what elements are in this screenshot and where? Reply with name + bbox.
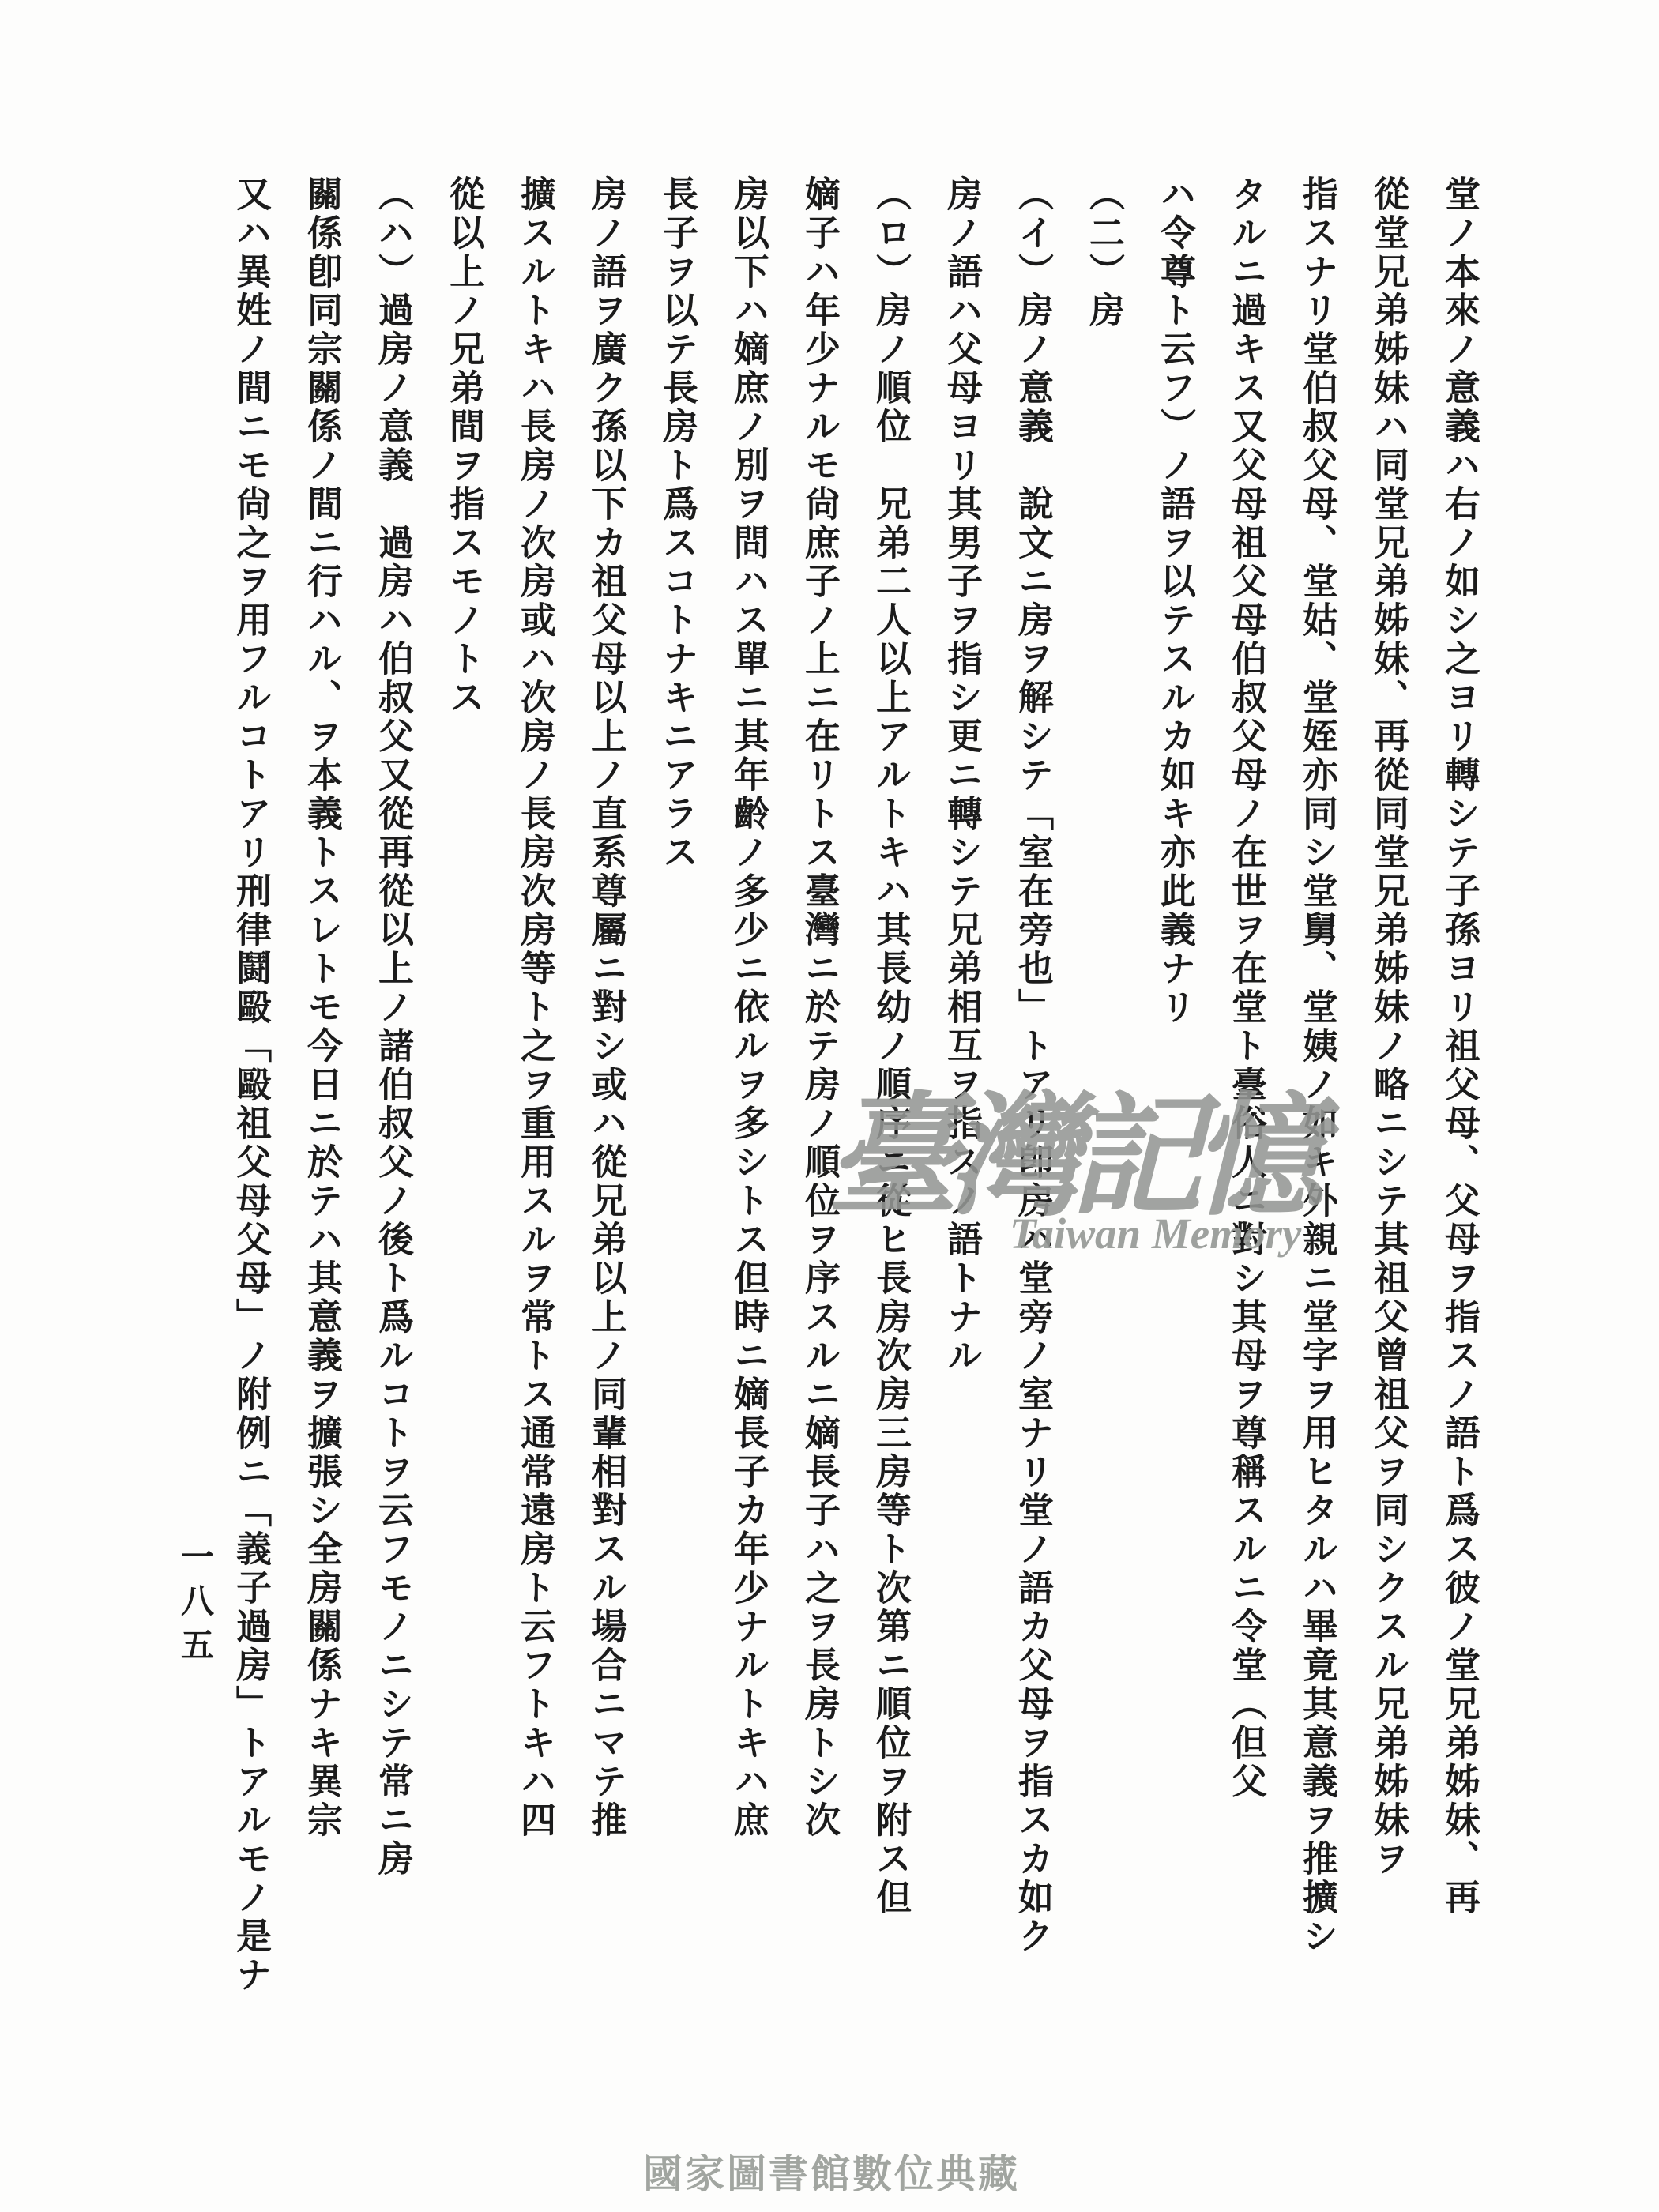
text-column: （イ）房ノ意義 說文ニ房ヲ解シテ「室在旁也」トアリ卽房ハ堂旁ノ室ナリ堂ノ語カ父母… bbox=[997, 175, 1068, 2071]
section-heading-column: （二）房 bbox=[1068, 175, 1139, 2071]
footer-archive-label: 國家圖書館數位典藏 bbox=[643, 2150, 1020, 2198]
text-column: ハ令尊ト云フ）ノ語ヲ以テスルカ如キ亦此義ナリ bbox=[1139, 175, 1210, 2071]
text-column: 從堂兄弟姊妹ハ同堂兄弟姊妹、再從同堂兄弟姊妹ノ略ニシテ其祖父曾祖父ヲ同シクスル兄… bbox=[1352, 175, 1424, 2071]
text-column: 嫡子ハ年少ナルモ尙庶子ノ上ニ在リトス臺灣ニ於テ房ノ順位ヲ序スルニ嫡長子ハ之ヲ長房… bbox=[784, 175, 855, 2071]
text-column: 關係卽同宗關係ノ間ニ行ハル、ヲ本義トスレトモ今日ニ於テハ其意義ヲ擴張シ全房關係ナ… bbox=[286, 175, 357, 2071]
vertical-text-block: 堂ノ本來ノ意義ハ右ノ如シ之ヨリ轉シテ子孫ヨリ祖父母、父母ヲ指スノ語ト爲ス彼ノ堂兄… bbox=[212, 175, 1495, 2071]
text-column: 擴スルトキハ長房ノ次房或ハ次房ノ長房次房等ト之ヲ重用スルヲ常トス通常遠房ト云フト… bbox=[499, 175, 570, 2071]
text-column: 指スナリ堂伯叔父母、堂姑、堂姪亦同シ堂舅、堂姨ノ如キ外親ニ堂字ヲ用ヒタルハ畢竟其… bbox=[1281, 175, 1352, 2071]
text-column: 房ノ語ヲ廣ク孫以下カ祖父母以上ノ直系尊屬ニ對シ或ハ從兄弟以上ノ同輩相對スル場合ニ… bbox=[570, 175, 641, 2071]
text-column: 房ノ語ハ父母ヨリ其男子ヲ指シ更ニ轉シテ兄弟相互ヲ指スノ語トナル bbox=[926, 175, 997, 2071]
scanned-document-page: 堂ノ本來ノ意義ハ右ノ如シ之ヨリ轉シテ子孫ヨリ祖父母、父母ヲ指スノ語ト爲ス彼ノ堂兄… bbox=[0, 0, 1659, 2212]
text-column: （ロ）房ノ順位 兄弟二人以上アルトキハ其長幼ノ順序ニ從ヒ長房次房三房等ト次第ニ順… bbox=[855, 175, 926, 2071]
text-column: タルニ過キス又父母祖父母伯叔父母ノ在世ヲ在堂ト臺俗人ニ對シ其母ヲ尊稱スルニ令堂（… bbox=[1210, 175, 1281, 2071]
page-number: 一八五 bbox=[174, 1539, 215, 1672]
text-column: 長子ヲ以テ長房ト爲スコトナキニアラス bbox=[641, 175, 713, 2071]
text-column: （ハ）過房ノ意義 過房ハ伯叔父又從再從以上ノ諸伯叔父ノ後ト爲ルコトヲ云フモノニシ… bbox=[357, 175, 428, 2071]
text-column: 又ハ異姓ノ間ニモ尙之ヲ用フルコトアリ刑律鬪毆「毆祖父母父母」ノ附例ニ「義子過房」… bbox=[215, 175, 286, 2071]
text-column: 房以下ハ嫡庶ノ別ヲ問ハス單ニ其年齡ノ多少ニ依ルヲ多シトス但時ニ嫡長子カ年少ナルト… bbox=[713, 175, 784, 2071]
text-column: 從以上ノ兄弟間ヲ指スモノトス bbox=[428, 175, 499, 2071]
text-column: 堂ノ本來ノ意義ハ右ノ如シ之ヨリ轉シテ子孫ヨリ祖父母、父母ヲ指スノ語ト爲ス彼ノ堂兄… bbox=[1424, 175, 1495, 2071]
